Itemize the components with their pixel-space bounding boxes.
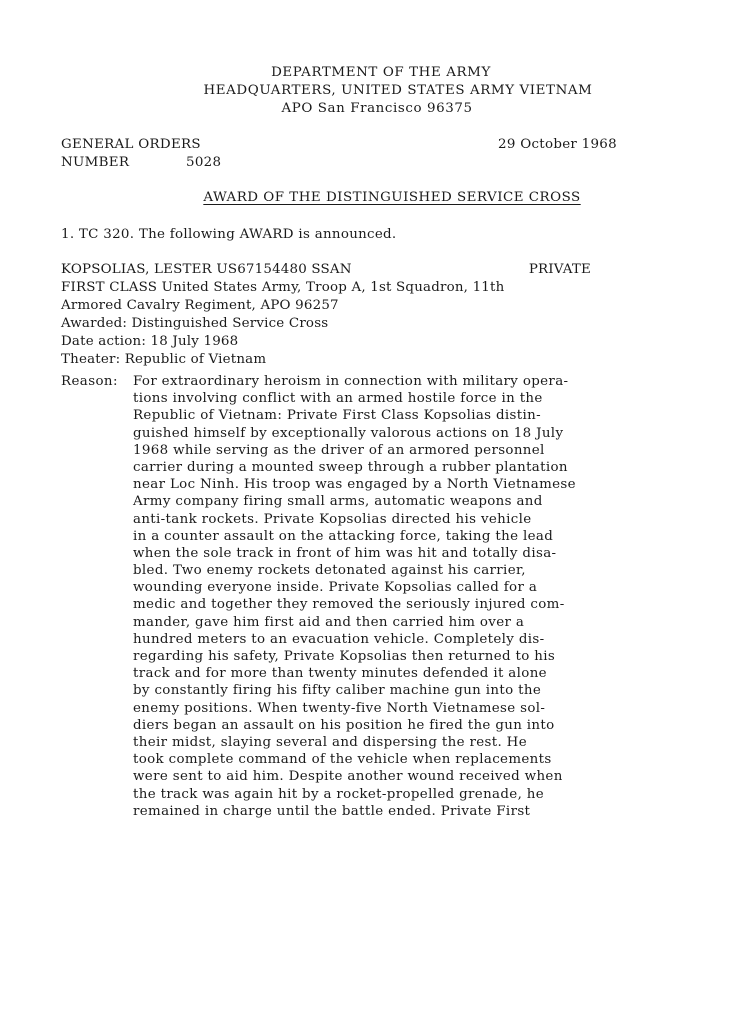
reason-line: carrier during a mounted sweep through a…	[133, 459, 673, 476]
reason-line: track and for more than twenty minutes d…	[133, 665, 673, 682]
reason-line: bled. Two enemy rockets detonated agains…	[133, 562, 673, 579]
reason-line: by constantly firing his fifty caliber m…	[133, 682, 673, 699]
reason-line: diers began an assault on his position h…	[133, 717, 673, 734]
reason-line: medic and together they removed the seri…	[133, 596, 673, 613]
reason-line: For extraordinary heroism in connection …	[133, 373, 673, 390]
reason-line: took complete command of the vehicle whe…	[133, 751, 673, 768]
announcement: 1. TC 320. The following AWARD is announ…	[61, 227, 397, 242]
reason-line: Army company firing small arms, automati…	[133, 493, 673, 510]
reason-line: Republic of Vietnam: Private First Class…	[133, 407, 673, 424]
order-number: 5028	[186, 155, 221, 170]
recipient-regiment: Armored Cavalry Regiment, APO 96257	[61, 297, 601, 315]
number-label: NUMBER	[61, 154, 186, 172]
reason-line: anti-tank rockets. Private Kopsolias dir…	[133, 511, 673, 528]
reason-line: tions involving conflict with an armed h…	[133, 390, 673, 407]
reason-line: near Loc Ninh. His troop was engaged by …	[133, 476, 673, 493]
letterhead-headquarters: HEADQUARTERS, UNITED STATES ARMY VIETNAM	[0, 82, 750, 100]
recipient-name-row: KOPSOLIAS, LESTER US67154480 SSAN PRIVAT…	[61, 261, 591, 279]
reason-line: guished himself by exceptionally valorou…	[133, 425, 673, 442]
reason-text: For extraordinary heroism in connection …	[133, 373, 673, 820]
recipient-name: KOPSOLIAS, LESTER US67154480 SSAN	[61, 261, 352, 279]
recipient-unit: FIRST CLASS United States Army, Troop A,…	[61, 279, 601, 297]
document-page: DEPARTMENT OF THE ARMY HEADQUARTERS, UNI…	[0, 0, 750, 1032]
letterhead-department: DEPARTMENT OF THE ARMY	[0, 64, 750, 82]
recipient-block: KOPSOLIAS, LESTER US67154480 SSAN PRIVAT…	[61, 261, 601, 369]
recipient-rank: PRIVATE	[529, 261, 591, 279]
letterhead: DEPARTMENT OF THE ARMY HEADQUARTERS, UNI…	[0, 64, 750, 118]
reason-line: mander, gave him first aid and then carr…	[133, 614, 673, 631]
letterhead-address: APO San Francisco 96375	[0, 100, 750, 118]
reason-line: 1968 while serving as the driver of an a…	[133, 442, 673, 459]
award-title: AWARD OF THE DISTINGUISHED SERVICE CROSS	[169, 190, 580, 205]
reason-line: when the sole track in front of him was …	[133, 545, 673, 562]
reason-line: the track was again hit by a rocket-prop…	[133, 786, 673, 803]
reason-line: were sent to aid him. Despite another wo…	[133, 768, 673, 785]
awarded-field: Awarded: Distinguished Service Cross	[61, 315, 601, 333]
general-orders-number-row: NUMBER5028	[61, 154, 221, 172]
date-action-field: Date action: 18 July 1968	[61, 333, 601, 351]
reason-line: enemy positions. When twenty-five North …	[133, 700, 673, 717]
reason-line: hundred meters to an evacuation vehicle.…	[133, 631, 673, 648]
reason-line: wounding everyone inside. Private Kopsol…	[133, 579, 673, 596]
theater-field: Theater: Republic of Vietnam	[61, 351, 601, 369]
order-date: 29 October 1968	[498, 136, 617, 154]
reason-line: in a counter assault on the attacking fo…	[133, 528, 673, 545]
reason-line: their midst, slaying several and dispers…	[133, 734, 673, 751]
document-title: AWARD OF THE DISTINGUISHED SERVICE CROSS	[0, 190, 750, 205]
reason-label: Reason:	[61, 373, 118, 391]
reason-line: regarding his safety, Private Kopsolias …	[133, 648, 673, 665]
reason-line: remained in charge until the battle ende…	[133, 803, 673, 820]
general-orders-block: GENERAL ORDERS NUMBER5028	[61, 136, 221, 172]
general-orders-label: GENERAL ORDERS	[61, 136, 221, 154]
